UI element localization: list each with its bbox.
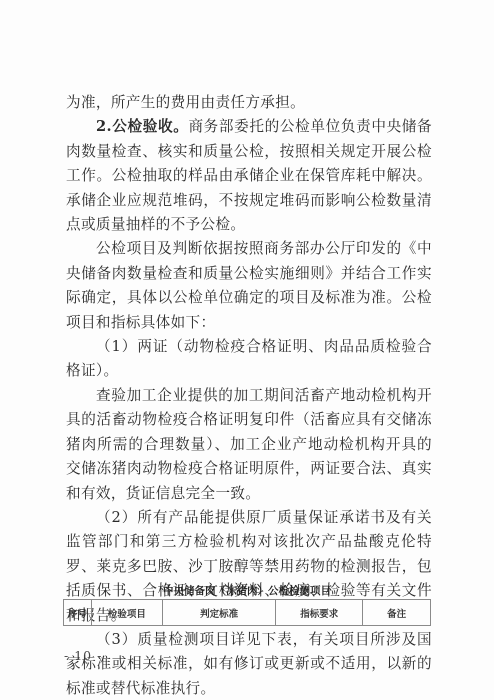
- paragraph-item-3: （3）质量检测项目详见下表，有关项目所涉及国家标准或相关标准，如有修订或更新或不…: [66, 628, 432, 700]
- document-page: 为准，所产生的费用由责任方承担。 2.公检验收。商务部委托的公检单位负责中央储备…: [0, 0, 494, 700]
- table-header-row: 序号 检验项目 判定标准 指标要求 备注: [64, 600, 431, 626]
- paragraph-item-1-heading: （1）两证（动物检疫合格证明、肉品品质检验合格证）。: [66, 335, 432, 384]
- column-header-inspection-item: 检验项目: [91, 600, 162, 626]
- inspection-items-table: 序号 检验项目 判定标准 指标要求 备注: [63, 599, 431, 626]
- column-header-criteria: 判定标准: [162, 600, 276, 626]
- page-number: - 10 -: [64, 648, 102, 663]
- paragraph-inspection-items-basis: 公检项目及判断依据按照商务部办公厅印发的《中央储备肉数量检查和质量公检实施细则》…: [66, 237, 432, 335]
- column-header-serial: 序号: [64, 600, 92, 626]
- paragraph-cost-responsibility: 为准，所产生的费用由责任方承担。: [66, 91, 432, 115]
- paragraph-inspection-acceptance: 2.公检验收。商务部委托的公检单位负责中央储备肉数量检查、核实和质量公检，按照相…: [66, 115, 432, 237]
- section-heading-inspection-acceptance: 2.公检验收。: [96, 118, 188, 135]
- paragraph-inspection-acceptance-text: 商务部委托的公检单位负责中央储备肉数量检查、核实和质量公检，按照相关规定开展公检…: [66, 118, 432, 233]
- column-header-remarks: 备注: [363, 600, 431, 626]
- paragraph-item-1-detail: 查验加工企业提供的加工期间活畜产地动检机构开具的活畜动物检疫合格证明复印件（活畜…: [66, 384, 432, 506]
- column-header-requirement: 指标要求: [276, 600, 363, 626]
- table-caption: 中央储备肉（冻猪肉）公检检测项目: [63, 583, 431, 598]
